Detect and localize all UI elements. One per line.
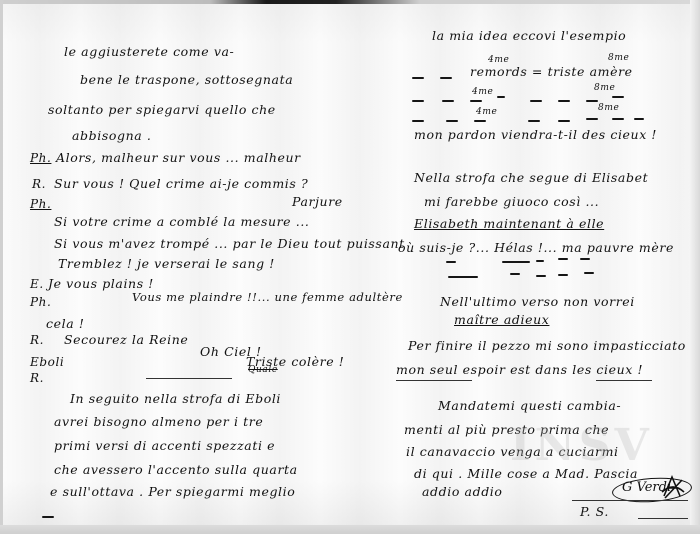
superscript-8me: 8me: [608, 54, 629, 63]
intro-line-1: le aggiusterete come va-: [64, 46, 234, 59]
scan-left-edge: [0, 0, 3, 534]
meter-dash: [536, 275, 546, 277]
dialogue-line-8: Vous me plaindre !!... une femme adultèr…: [132, 292, 403, 304]
closing-line-3: primi versi di accenti spezzati e: [54, 440, 275, 453]
meter-dash: [580, 258, 590, 260]
speaker-label: R.: [32, 178, 46, 190]
meter-dash: [412, 120, 424, 122]
dialogue-line-6: Tremblez ! je verserai le sang !: [58, 258, 275, 271]
dialogue-line-10: Secourez la Reine: [64, 334, 188, 347]
speaker-label: Ph.: [30, 198, 51, 210]
postscript-line: [638, 518, 688, 519]
meter-dash: [528, 120, 540, 122]
closing-line-1: In seguito nella strofa di Eboli: [70, 393, 281, 406]
meter-dash: [448, 276, 478, 278]
meter-dash: [530, 100, 542, 102]
speaker-label: E.: [30, 278, 44, 290]
para3-line-2: mon seul espoir est dans les cieux !: [396, 364, 643, 377]
closing-line-2: avrei bisogno almeno per i tre: [54, 416, 263, 429]
watermark: INSV: [510, 420, 653, 471]
closing-line-4: che avessero l'accento sulla quarta: [54, 464, 298, 477]
meter-dash: [558, 258, 568, 260]
meter-dash: [474, 120, 486, 122]
meter-dash: [536, 260, 544, 262]
para2-line-3: Elisabeth maintenant à elle: [414, 218, 604, 231]
meter-dash: [584, 272, 594, 274]
meter-dash: [612, 96, 624, 98]
meter-dash: [446, 120, 458, 122]
meter-dash: [412, 100, 424, 102]
para2-line-2: mi farebbe giuoco così ...: [424, 196, 599, 209]
dialogue-line-1: Alors, malheur sur vous ... malheur: [56, 152, 301, 165]
ultimo-line: Nell'ultimo verso non vorrei: [440, 296, 635, 309]
meter-dash: [510, 273, 520, 275]
meter-dash: [558, 120, 570, 122]
closing-right-line-5: addio addio: [422, 486, 503, 499]
meter-line-1: remords = triste amère: [470, 66, 633, 79]
intro-line-4: abbisogna .: [72, 130, 151, 143]
margin-mark: [42, 516, 54, 518]
speaker-label: Ph.: [30, 152, 51, 164]
scan-bottom-edge: [0, 525, 700, 534]
closing-right-line-1: Mandatemi questi cambia-: [438, 400, 621, 413]
superscript-4me: 4me: [472, 88, 493, 97]
speaker-label: R.: [30, 334, 44, 346]
closing-line-5: e sull'ottava . Per spiegarmi meglio: [50, 486, 295, 499]
signature-underline: [572, 500, 688, 501]
speaker-label: R.: [30, 372, 44, 384]
divider-line: [146, 378, 232, 379]
meter-dash: [612, 118, 624, 120]
meter-dash: [586, 118, 598, 120]
speaker-label: Eboli: [30, 356, 64, 368]
meter-dash: [440, 77, 452, 79]
dialogue-line-4: Si votre crime a comblé la mesure ...: [54, 216, 309, 229]
maitre-line: maître adieux: [454, 314, 549, 327]
manuscript-page: le aggiusterete come va- bene le traspon…: [0, 0, 700, 534]
meter-dash: [558, 274, 568, 276]
meter-dash: [586, 100, 598, 102]
scan-top-edge: [0, 0, 700, 4]
dialogue-parjure: Parjure: [292, 196, 343, 209]
scan-right-edge: [690, 0, 700, 534]
meter-dash: [634, 118, 644, 120]
signature-monogram-icon: [660, 474, 686, 500]
underline-mark: [396, 380, 472, 381]
dialogue-line-5: Si vous m'avez trompé ... par le Dieu to…: [54, 238, 405, 251]
intro-line-2: bene le traspone, sottosegnata: [80, 74, 293, 87]
meter-dash: [558, 100, 570, 102]
dialogue-line-9: cela !: [46, 318, 84, 331]
superscript-8me: 8me: [594, 84, 615, 93]
meter-dash: [502, 261, 530, 263]
speaker-label: Ph.: [30, 296, 51, 308]
opening-line: la mia idea eccovi l'esempio: [432, 30, 626, 43]
intro-line-3: soltanto per spiegarvi quello che: [48, 104, 276, 117]
meter-dash: [412, 77, 424, 79]
superscript-8me: 8me: [598, 104, 619, 113]
para2-line-4: où suis-je ?... Hélas !... ma pauvre mèr…: [398, 242, 674, 255]
meter-close-line: mon pardon viendra-t-il des cieux !: [414, 129, 657, 142]
para3-line-1: Per finire il pezzo mi sono impasticciat…: [408, 340, 686, 353]
postscript: P. S.: [580, 506, 609, 519]
meter-dash: [446, 261, 456, 263]
para2-line-1: Nella strofa che segue di Elisabet: [414, 172, 648, 185]
meter-dash: [497, 96, 505, 98]
superscript-4me: 4me: [476, 108, 497, 117]
dialogue-line-2: Sur vous ! Quel crime ai-je commis ?: [54, 178, 308, 191]
meter-dash: [470, 100, 482, 102]
underline-mark: [596, 380, 652, 381]
dialogue-line-12: Triste colère !: [246, 356, 344, 369]
dialogue-line-7: Je vous plains !: [48, 278, 154, 291]
meter-dash: [442, 100, 454, 102]
